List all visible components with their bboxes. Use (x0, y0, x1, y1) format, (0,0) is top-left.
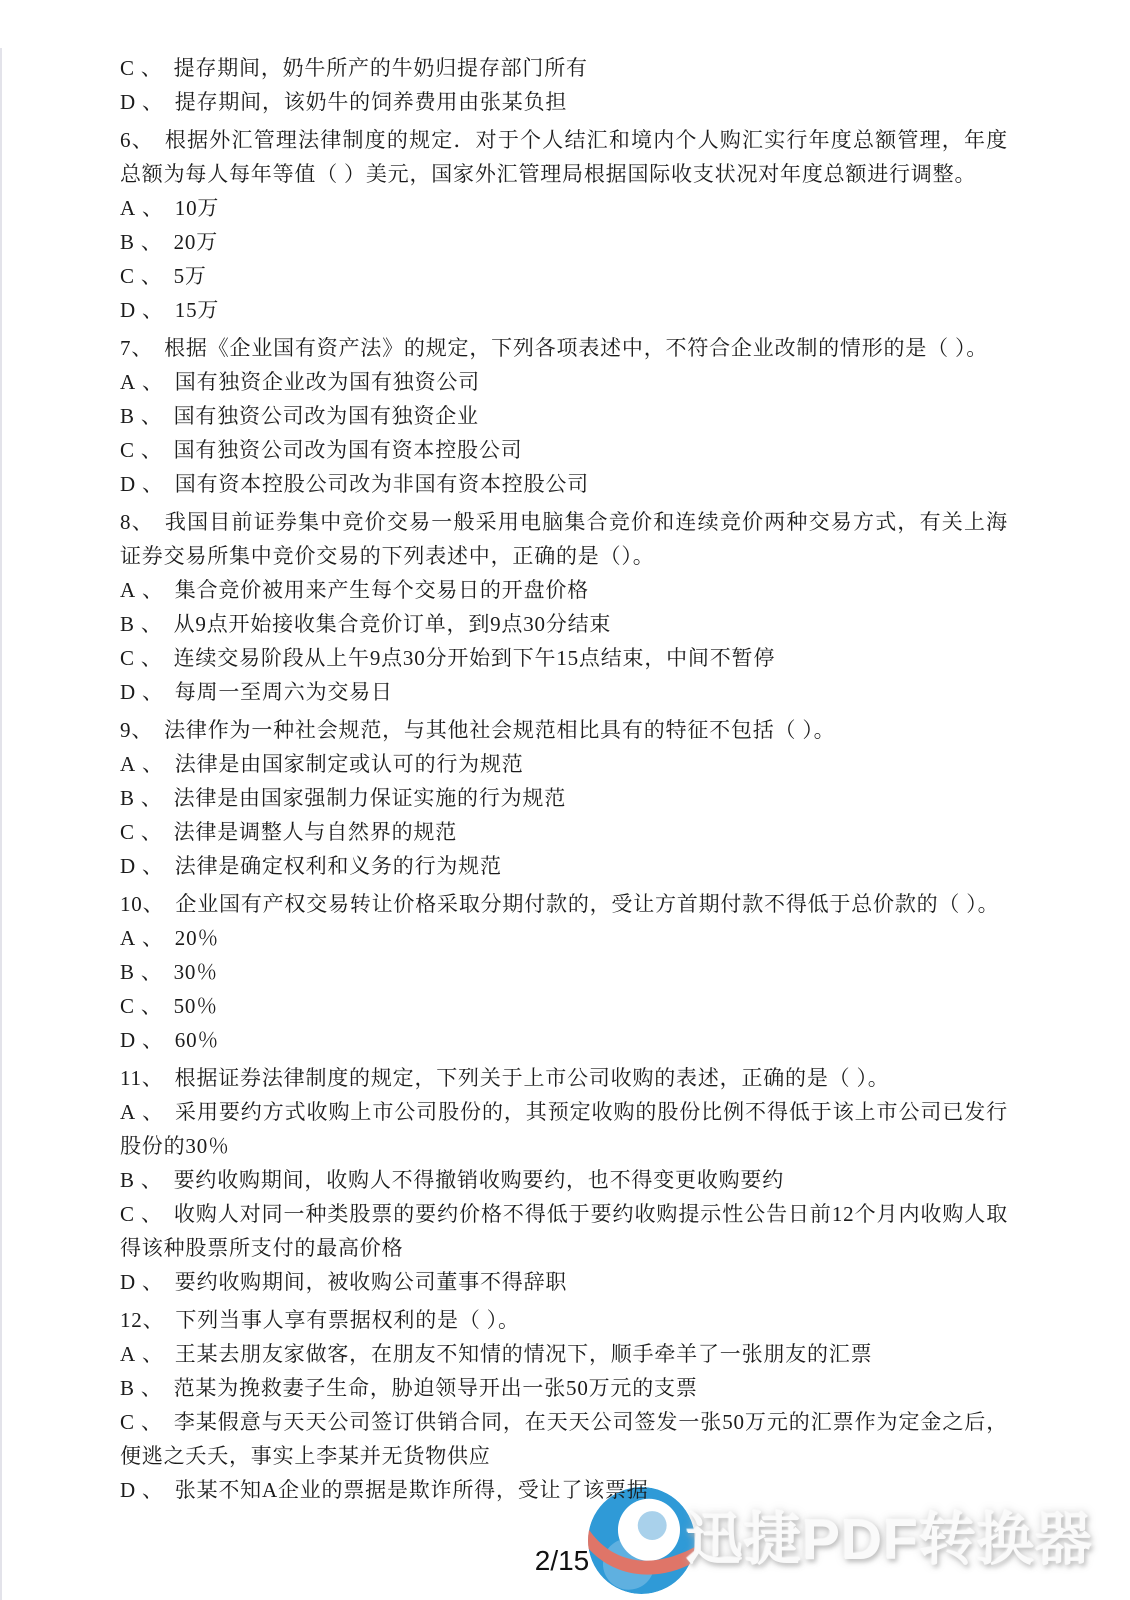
option-A: A、法律是由国家制定或认可的行为规范 (120, 747, 1008, 781)
option-text: 要约收购期间，被收购公司董事不得辞职 (175, 1270, 567, 1294)
option-separator: 、 (141, 1410, 163, 1434)
option-separator: 、 (141, 56, 163, 80)
option-text: 法律是由国家强制力保证实施的行为规范 (174, 786, 566, 810)
question-7: 7、根据《企业国有资产法》的规定，下列各项表述中，不符合企业改制的情形的是（ ）… (120, 331, 1008, 501)
option-separator: 、 (141, 438, 163, 462)
option-separator: 、 (141, 1168, 163, 1192)
continued-option-D: D、提存期间，该奶牛的饲养费用由张某负担 (120, 85, 1008, 119)
option-separator: 、 (141, 612, 163, 636)
document-content: C、提存期间，奶牛所产的牛奶归提存部门所有 D、提存期间，该奶牛的饲养费用由张某… (0, 0, 1130, 1507)
option-D: D、每周一至周六为交易日 (120, 675, 1008, 709)
option-label: A (120, 1342, 136, 1366)
option-text: 10万 (175, 196, 219, 220)
option-label: B (120, 230, 135, 254)
option-label: A (120, 196, 136, 220)
option-B: B、从9点开始接收集合竞价订单，到9点30分结束 (120, 607, 1008, 641)
question-number-separator: 、 (143, 1308, 165, 1332)
option-text: 20％ (175, 926, 219, 950)
option-text: 要约收购期间，收购人不得撤销收购要约，也不得变更收购要约 (174, 1168, 784, 1192)
question-stem: 8、我国目前证券集中竞价交易一般采用电脑集合竞价和连续竞价两种交易方式，有关上海… (120, 505, 1008, 573)
option-separator: 、 (142, 370, 164, 394)
question-number: 9 (120, 718, 131, 742)
option-label: A (120, 926, 136, 950)
option-D: D、国有资本控股公司改为非国有资本控股公司 (120, 467, 1008, 501)
option-A: A、20％ (120, 921, 1008, 955)
option-label: C (120, 994, 135, 1018)
option-separator: 、 (142, 1270, 164, 1294)
option-B: B、国有独资公司改为国有独资企业 (120, 399, 1008, 433)
option-label: B (120, 960, 135, 984)
option-label: B (120, 404, 135, 428)
question-stem-text: 我国目前证券集中竞价交易一般采用电脑集合竞价和连续竞价两种交易方式，有关上海证券… (120, 510, 1008, 568)
option-separator: 、 (141, 230, 163, 254)
continued-option-C: C、提存期间，奶牛所产的牛奶归提存部门所有 (120, 51, 1008, 85)
question-12: 12、下列当事人享有票据权利的是（ ）。 A、王某去朋友家做客，在朋友不知情的情… (120, 1303, 1008, 1507)
question-number: 12 (120, 1308, 143, 1332)
option-text: 30％ (174, 960, 218, 984)
option-label: D (120, 472, 136, 496)
option-text: 法律是由国家制定或认可的行为规范 (175, 752, 524, 776)
option-separator: 、 (141, 1376, 163, 1400)
option-label: A (120, 578, 136, 602)
question-6: 6、根据外汇管理法律制度的规定．对于个人结汇和境内个人购汇实行年度总额管理，年度… (120, 123, 1008, 327)
option-text: 国有独资公司改为国有资本控股公司 (174, 438, 523, 462)
option-text: 王某去朋友家做客，在朋友不知情的情况下，顺手牵羊了一张朋友的汇票 (175, 1342, 873, 1366)
option-text: 60％ (175, 1028, 219, 1052)
page-number: 2/15 (0, 1545, 1124, 1577)
option-label: D (120, 854, 136, 878)
option-separator: 、 (142, 90, 164, 114)
question-number: 6 (120, 128, 131, 152)
option-text: 从9点开始接收集合竞价订单，到9点30分结束 (174, 612, 612, 636)
option-separator: 、 (141, 264, 163, 288)
question-11: 11、根据证券法律制度的规定，下列关于上市公司收购的表述，正确的是（ ）。 A、… (120, 1061, 1008, 1299)
option-C: C、李某假意与天天公司签订供销合同，在天天公司签发一张50万元的汇票作为定金之后… (120, 1405, 1008, 1473)
question-8: 8、我国目前证券集中竞价交易一般采用电脑集合竞价和连续竞价两种交易方式，有关上海… (120, 505, 1008, 709)
question-number: 10 (120, 892, 143, 916)
option-label: D (120, 90, 136, 114)
option-text: 国有独资公司改为国有独资企业 (174, 404, 479, 428)
option-separator: 、 (141, 404, 163, 428)
option-separator: 、 (142, 854, 164, 878)
option-B: B、法律是由国家强制力保证实施的行为规范 (120, 781, 1008, 815)
option-label: D (120, 1478, 136, 1502)
option-label: C (120, 438, 135, 462)
option-B: B、要约收购期间，收购人不得撤销收购要约，也不得变更收购要约 (120, 1163, 1008, 1197)
option-label: D (120, 1028, 136, 1052)
option-A: A、集合竞价被用来产生每个交易日的开盘价格 (120, 573, 1008, 607)
question-number: 11 (120, 1066, 142, 1090)
question-number: 8 (120, 510, 131, 534)
option-separator: 、 (142, 472, 164, 496)
question-10: 10、企业国有产权交易转让价格采取分期付款的，受让方首期付款不得低于总价款的（ … (120, 887, 1008, 1057)
option-label: D (120, 1270, 136, 1294)
question-stem-text: 根据证券法律制度的规定，下列关于上市公司收购的表述，正确的是（ ）。 (175, 1066, 890, 1090)
option-text: 20万 (174, 230, 218, 254)
option-separator: 、 (141, 820, 163, 844)
option-text: 连续交易阶段从上午9点30分开始到下午15点结束，中间不暂停 (174, 646, 776, 670)
option-B: B、范某为挽救妻子生命，胁迫领导开出一张50万元的支票 (120, 1371, 1008, 1405)
option-separator: 、 (142, 1478, 164, 1502)
question-number-separator: 、 (143, 892, 165, 916)
option-separator: 、 (141, 994, 163, 1018)
option-separator: 、 (141, 1202, 163, 1226)
option-text: 法律是确定权利和义务的行为规范 (175, 854, 502, 878)
question-stem: 12、下列当事人享有票据权利的是（ ）。 (120, 1303, 1008, 1337)
option-label: B (120, 612, 135, 636)
option-separator: 、 (142, 298, 164, 322)
option-label: C (120, 56, 135, 80)
option-C: C、法律是调整人与自然界的规范 (120, 815, 1008, 849)
option-label: B (120, 786, 135, 810)
question-stem-text: 根据《企业国有资产法》的规定，下列各项表述中，不符合企业改制的情形的是（ ）。 (164, 336, 988, 360)
option-C: C、收购人对同一种类股票的要约价格不得低于要约收购提示性公告日前12个月内收购人… (120, 1197, 1008, 1265)
option-text: 范某为挽救妻子生命，胁迫领导开出一张50万元的支票 (174, 1376, 698, 1400)
question-stem: 7、根据《企业国有资产法》的规定，下列各项表述中，不符合企业改制的情形的是（ ）… (120, 331, 1008, 365)
question-stem: 9、法律作为一种社会规范，与其他社会规范相比具有的特征不包括（ ）。 (120, 713, 1008, 747)
option-separator: 、 (142, 926, 164, 950)
option-C: C、50％ (120, 989, 1008, 1023)
option-label: D (120, 680, 136, 704)
option-B: B、20万 (120, 225, 1008, 259)
option-label: C (120, 264, 135, 288)
option-text: 5万 (174, 264, 207, 288)
option-text: 提存期间，该奶牛的饲养费用由张某负担 (175, 90, 567, 114)
question-number-separator: 、 (142, 1066, 164, 1090)
option-text: 李某假意与天天公司签订供销合同，在天天公司签发一张50万元的汇票作为定金之后，便… (120, 1410, 1008, 1468)
question-number-separator: 、 (131, 510, 154, 534)
option-D: D、法律是确定权利和义务的行为规范 (120, 849, 1008, 883)
question-stem-text: 企业国有产权交易转让价格采取分期付款的，受让方首期付款不得低于总价款的（ ）。 (175, 892, 999, 916)
option-A: A、10万 (120, 191, 1008, 225)
question-number-separator: 、 (131, 128, 154, 152)
question-9: 9、法律作为一种社会规范，与其他社会规范相比具有的特征不包括（ ）。 A、法律是… (120, 713, 1008, 883)
question-stem-text: 根据外汇管理法律制度的规定．对于个人结汇和境内个人购汇实行年度总额管理，年度总额… (120, 128, 1008, 186)
option-text: 张某不知A企业的票据是欺诈所得，受让了该票据 (175, 1478, 649, 1502)
option-separator: 、 (141, 960, 163, 984)
option-C: C、连续交易阶段从上午9点30分开始到下午15点结束，中间不暂停 (120, 641, 1008, 675)
option-text: 每周一至周六为交易日 (175, 680, 393, 704)
option-D: D、60％ (120, 1023, 1008, 1057)
option-label: A (120, 752, 136, 776)
option-text: 国有独资企业改为国有独资公司 (175, 370, 480, 394)
option-A: A、国有独资企业改为国有独资公司 (120, 365, 1008, 399)
option-text: 提存期间，奶牛所产的牛奶归提存部门所有 (174, 56, 588, 80)
option-D: D、15万 (120, 293, 1008, 327)
option-label: B (120, 1168, 135, 1192)
option-separator: 、 (142, 752, 164, 776)
option-separator: 、 (142, 1342, 164, 1366)
question-stem-text: 法律作为一种社会规范，与其他社会规范相比具有的特征不包括（ ）。 (164, 718, 835, 742)
option-text: 国有资本控股公司改为非国有资本控股公司 (175, 472, 589, 496)
question-stem: 6、根据外汇管理法律制度的规定．对于个人结汇和境内个人购汇实行年度总额管理，年度… (120, 123, 1008, 191)
option-separator: 、 (141, 786, 163, 810)
option-B: B、30％ (120, 955, 1008, 989)
option-label: D (120, 298, 136, 322)
option-label: A (120, 1100, 136, 1124)
question-number-separator: 、 (131, 336, 153, 360)
option-text: 50％ (174, 994, 218, 1018)
question-number-separator: 、 (131, 718, 153, 742)
question-number: 7 (120, 336, 131, 360)
option-text: 集合竞价被用来产生每个交易日的开盘价格 (175, 578, 589, 602)
option-label: A (120, 370, 136, 394)
option-A: A、采用要约方式收购上市公司股份的，其预定收购的股份比例不得低于该上市公司已发行… (120, 1095, 1008, 1163)
option-D: D、要约收购期间，被收购公司董事不得辞职 (120, 1265, 1008, 1299)
option-label: C (120, 1410, 135, 1434)
option-separator: 、 (142, 196, 164, 220)
option-A: A、王某去朋友家做客，在朋友不知情的情况下，顺手牵羊了一张朋友的汇票 (120, 1337, 1008, 1371)
option-separator: 、 (142, 578, 164, 602)
option-separator: 、 (141, 646, 163, 670)
option-label: B (120, 1376, 135, 1400)
option-label: C (120, 646, 135, 670)
option-text: 收购人对同一种类股票的要约价格不得低于要约收购提示性公告日前12个月内收购人取得… (120, 1202, 1008, 1260)
option-text: 法律是调整人与自然界的规范 (174, 820, 457, 844)
option-C: C、国有独资公司改为国有资本控股公司 (120, 433, 1008, 467)
question-stem: 11、根据证券法律制度的规定，下列关于上市公司收购的表述，正确的是（ ）。 (120, 1061, 1008, 1095)
question-stem: 10、企业国有产权交易转让价格采取分期付款的，受让方首期付款不得低于总价款的（ … (120, 887, 1008, 921)
option-separator: 、 (142, 1028, 164, 1052)
question-stem-text: 下列当事人享有票据权利的是（ ）。 (175, 1308, 519, 1332)
option-text: 15万 (175, 298, 219, 322)
option-separator: 、 (142, 680, 164, 704)
option-C: C、5万 (120, 259, 1008, 293)
option-label: C (120, 820, 135, 844)
option-text: 采用要约方式收购上市公司股份的，其预定收购的股份比例不得低于该上市公司已发行股份… (120, 1100, 1008, 1158)
option-label: C (120, 1202, 135, 1226)
option-separator: 、 (142, 1100, 164, 1124)
